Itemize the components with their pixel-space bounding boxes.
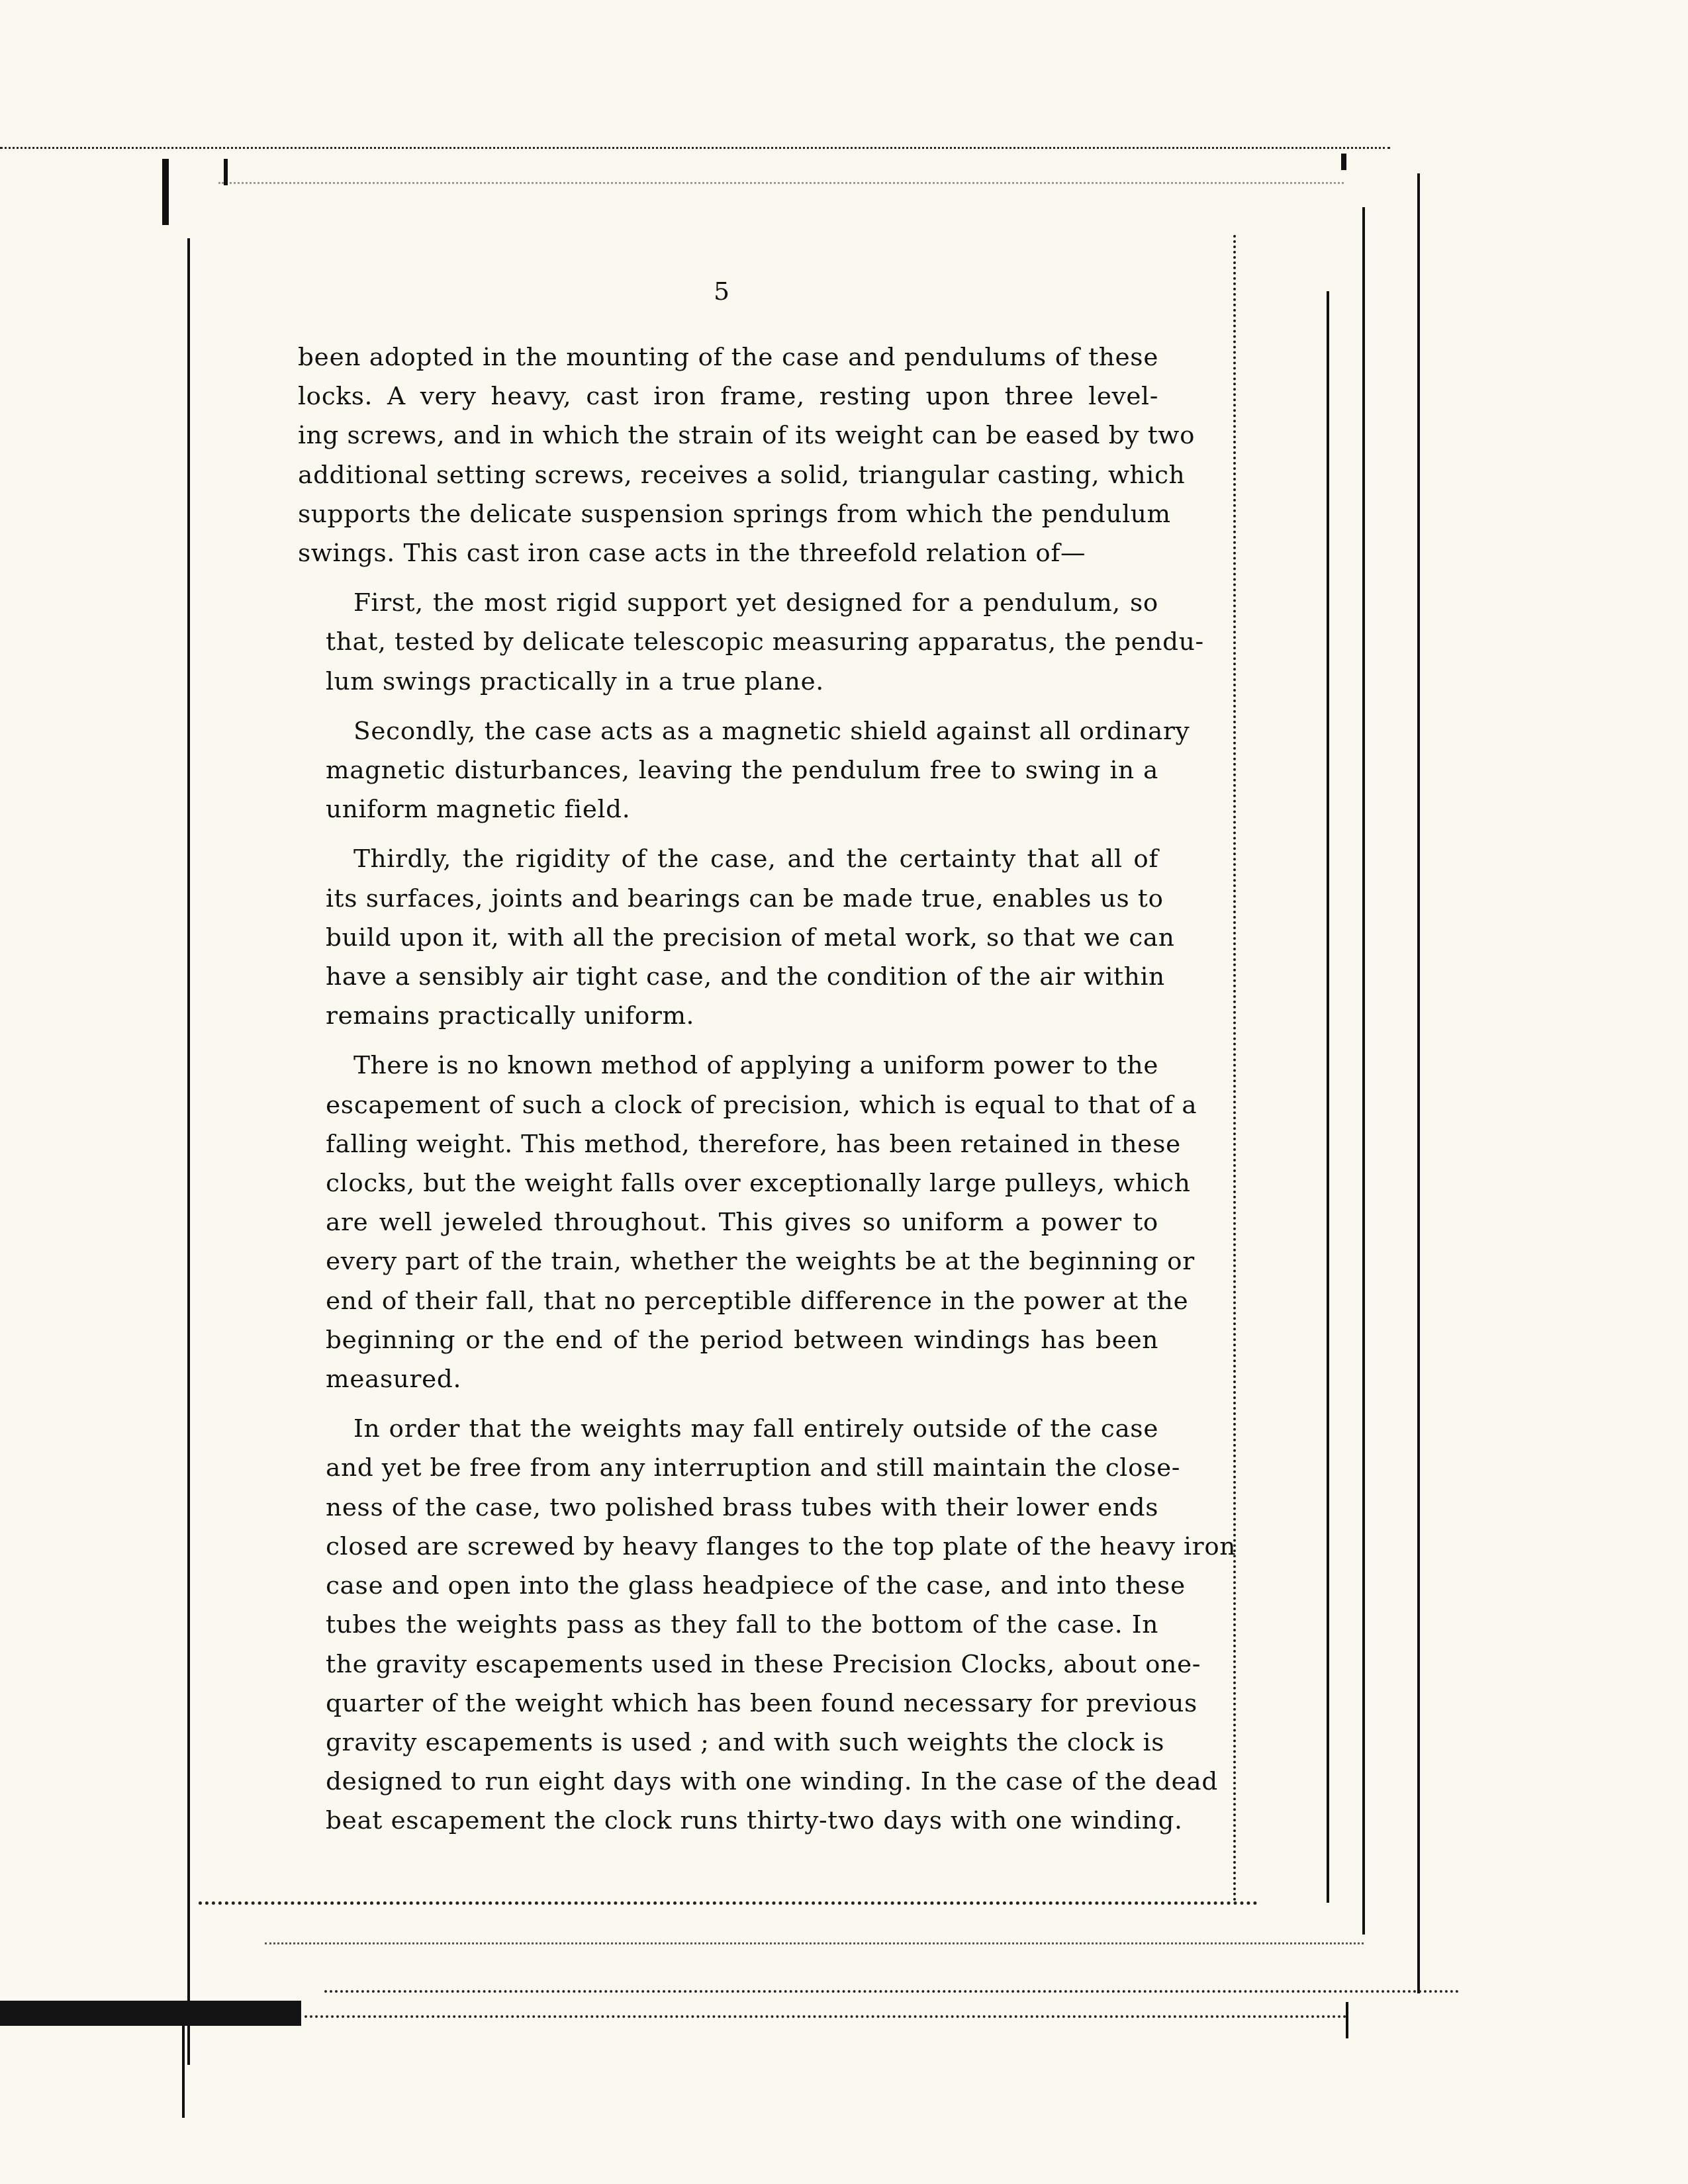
text-line: swings. This cast iron case acts in the … <box>298 533 1158 572</box>
bottom-frame-edge-3 <box>324 1990 1460 1993</box>
bottom-frame-edge-2 <box>265 1942 1364 1944</box>
text-line: closed are screwed by heavy flanges to t… <box>298 1527 1158 1566</box>
text-line: beginning or the end of the period betwe… <box>298 1320 1158 1359</box>
bottom-left-dark-strip <box>0 2001 301 2026</box>
body-text: been adopted in the mounting of the case… <box>298 338 1158 1851</box>
paragraph: There is no known method of applying a u… <box>298 1046 1158 1398</box>
left-tab-mark <box>162 159 169 225</box>
text-line: supports the delicate suspension springs… <box>298 494 1158 533</box>
text-line: additional setting screws, receives a so… <box>298 455 1158 494</box>
text-line: quarter of the weight which has been fou… <box>298 1684 1158 1723</box>
text-line: every part of the train, whether the wei… <box>298 1242 1158 1281</box>
text-line: been adopted in the mounting of the case… <box>298 338 1158 377</box>
text-line: beat escapement the clock runs thirty-tw… <box>298 1801 1158 1840</box>
text-line: build upon it, with all the precision of… <box>298 918 1158 957</box>
text-line: escapement of such a clock of precision,… <box>298 1085 1158 1124</box>
paragraph: Thirdly, the rigidity of the case, and t… <box>298 839 1158 1035</box>
right-frame-edge-1 <box>1233 235 1236 1903</box>
text-line: clocks, but the weight falls over except… <box>298 1163 1158 1203</box>
left-tab-mark-2 <box>224 159 228 185</box>
text-line: uniform magnetic field. <box>298 790 1158 829</box>
text-line: Secondly, the case acts as a magnetic sh… <box>298 711 1158 751</box>
text-line: ness of the case, two polished brass tub… <box>298 1488 1158 1527</box>
text-line: case and open into the glass headpiece o… <box>298 1566 1158 1605</box>
text-line: the gravity escapements used in these Pr… <box>298 1645 1158 1684</box>
paragraph: been adopted in the mounting of the case… <box>298 338 1158 572</box>
text-line: Thirdly, the rigidity of the case, and t… <box>298 839 1158 878</box>
text-line: end of their fall, that no perceptible d… <box>298 1281 1158 1320</box>
text-line: and yet be free from any interruption an… <box>298 1448 1158 1487</box>
paragraph: Secondly, the case acts as a magnetic sh… <box>298 711 1158 829</box>
right-frame-edge-2 <box>1327 291 1329 1903</box>
text-line: tubes the weights pass as they fall to t… <box>298 1605 1158 1644</box>
text-line: falling weight. This method, therefore, … <box>298 1124 1158 1163</box>
paragraph: First, the most rigid support yet design… <box>298 583 1158 701</box>
right-frame-edge-5 <box>1346 2002 1348 2038</box>
text-line: that, tested by delicate telescopic meas… <box>298 622 1158 661</box>
text-line: lum swings practically in a true plane. <box>298 662 1158 701</box>
right-frame-edge-4 <box>1417 173 1420 1993</box>
right-tab-mark <box>1341 154 1346 170</box>
text-line: ing screws, and in which the strain of i… <box>298 416 1158 455</box>
text-line: measured. <box>298 1359 1158 1398</box>
text-line: gravity escapements is used ; and with s… <box>298 1723 1158 1762</box>
text-line: its surfaces, joints and bearings can be… <box>298 879 1158 918</box>
right-frame-edge-3 <box>1362 207 1365 1934</box>
page-number: 5 <box>708 277 735 306</box>
text-line: locks. A very heavy, cast iron frame, re… <box>298 377 1158 416</box>
text-line: magnetic disturbances, leaving the pendu… <box>298 751 1158 790</box>
bottom-frame-edge-1 <box>199 1901 1258 1905</box>
text-line: are well jeweled throughout. This gives … <box>298 1203 1158 1242</box>
text-line: have a sensibly air tight case, and the … <box>298 957 1158 996</box>
bottom-frame-edge-4 <box>305 2015 1347 2018</box>
text-line: remains practically uniform. <box>298 996 1158 1035</box>
inner-top-edge <box>218 182 1344 184</box>
left-frame-edge <box>187 238 190 2065</box>
text-line: designed to run eight days with one wind… <box>298 1762 1158 1801</box>
text-line: There is no known method of applying a u… <box>298 1046 1158 1085</box>
text-line: First, the most rigid support yet design… <box>298 583 1158 622</box>
paragraph: In order that the weights may fall entir… <box>298 1409 1158 1840</box>
text-line: In order that the weights may fall entir… <box>298 1409 1158 1448</box>
top-scan-edge <box>0 147 1390 149</box>
